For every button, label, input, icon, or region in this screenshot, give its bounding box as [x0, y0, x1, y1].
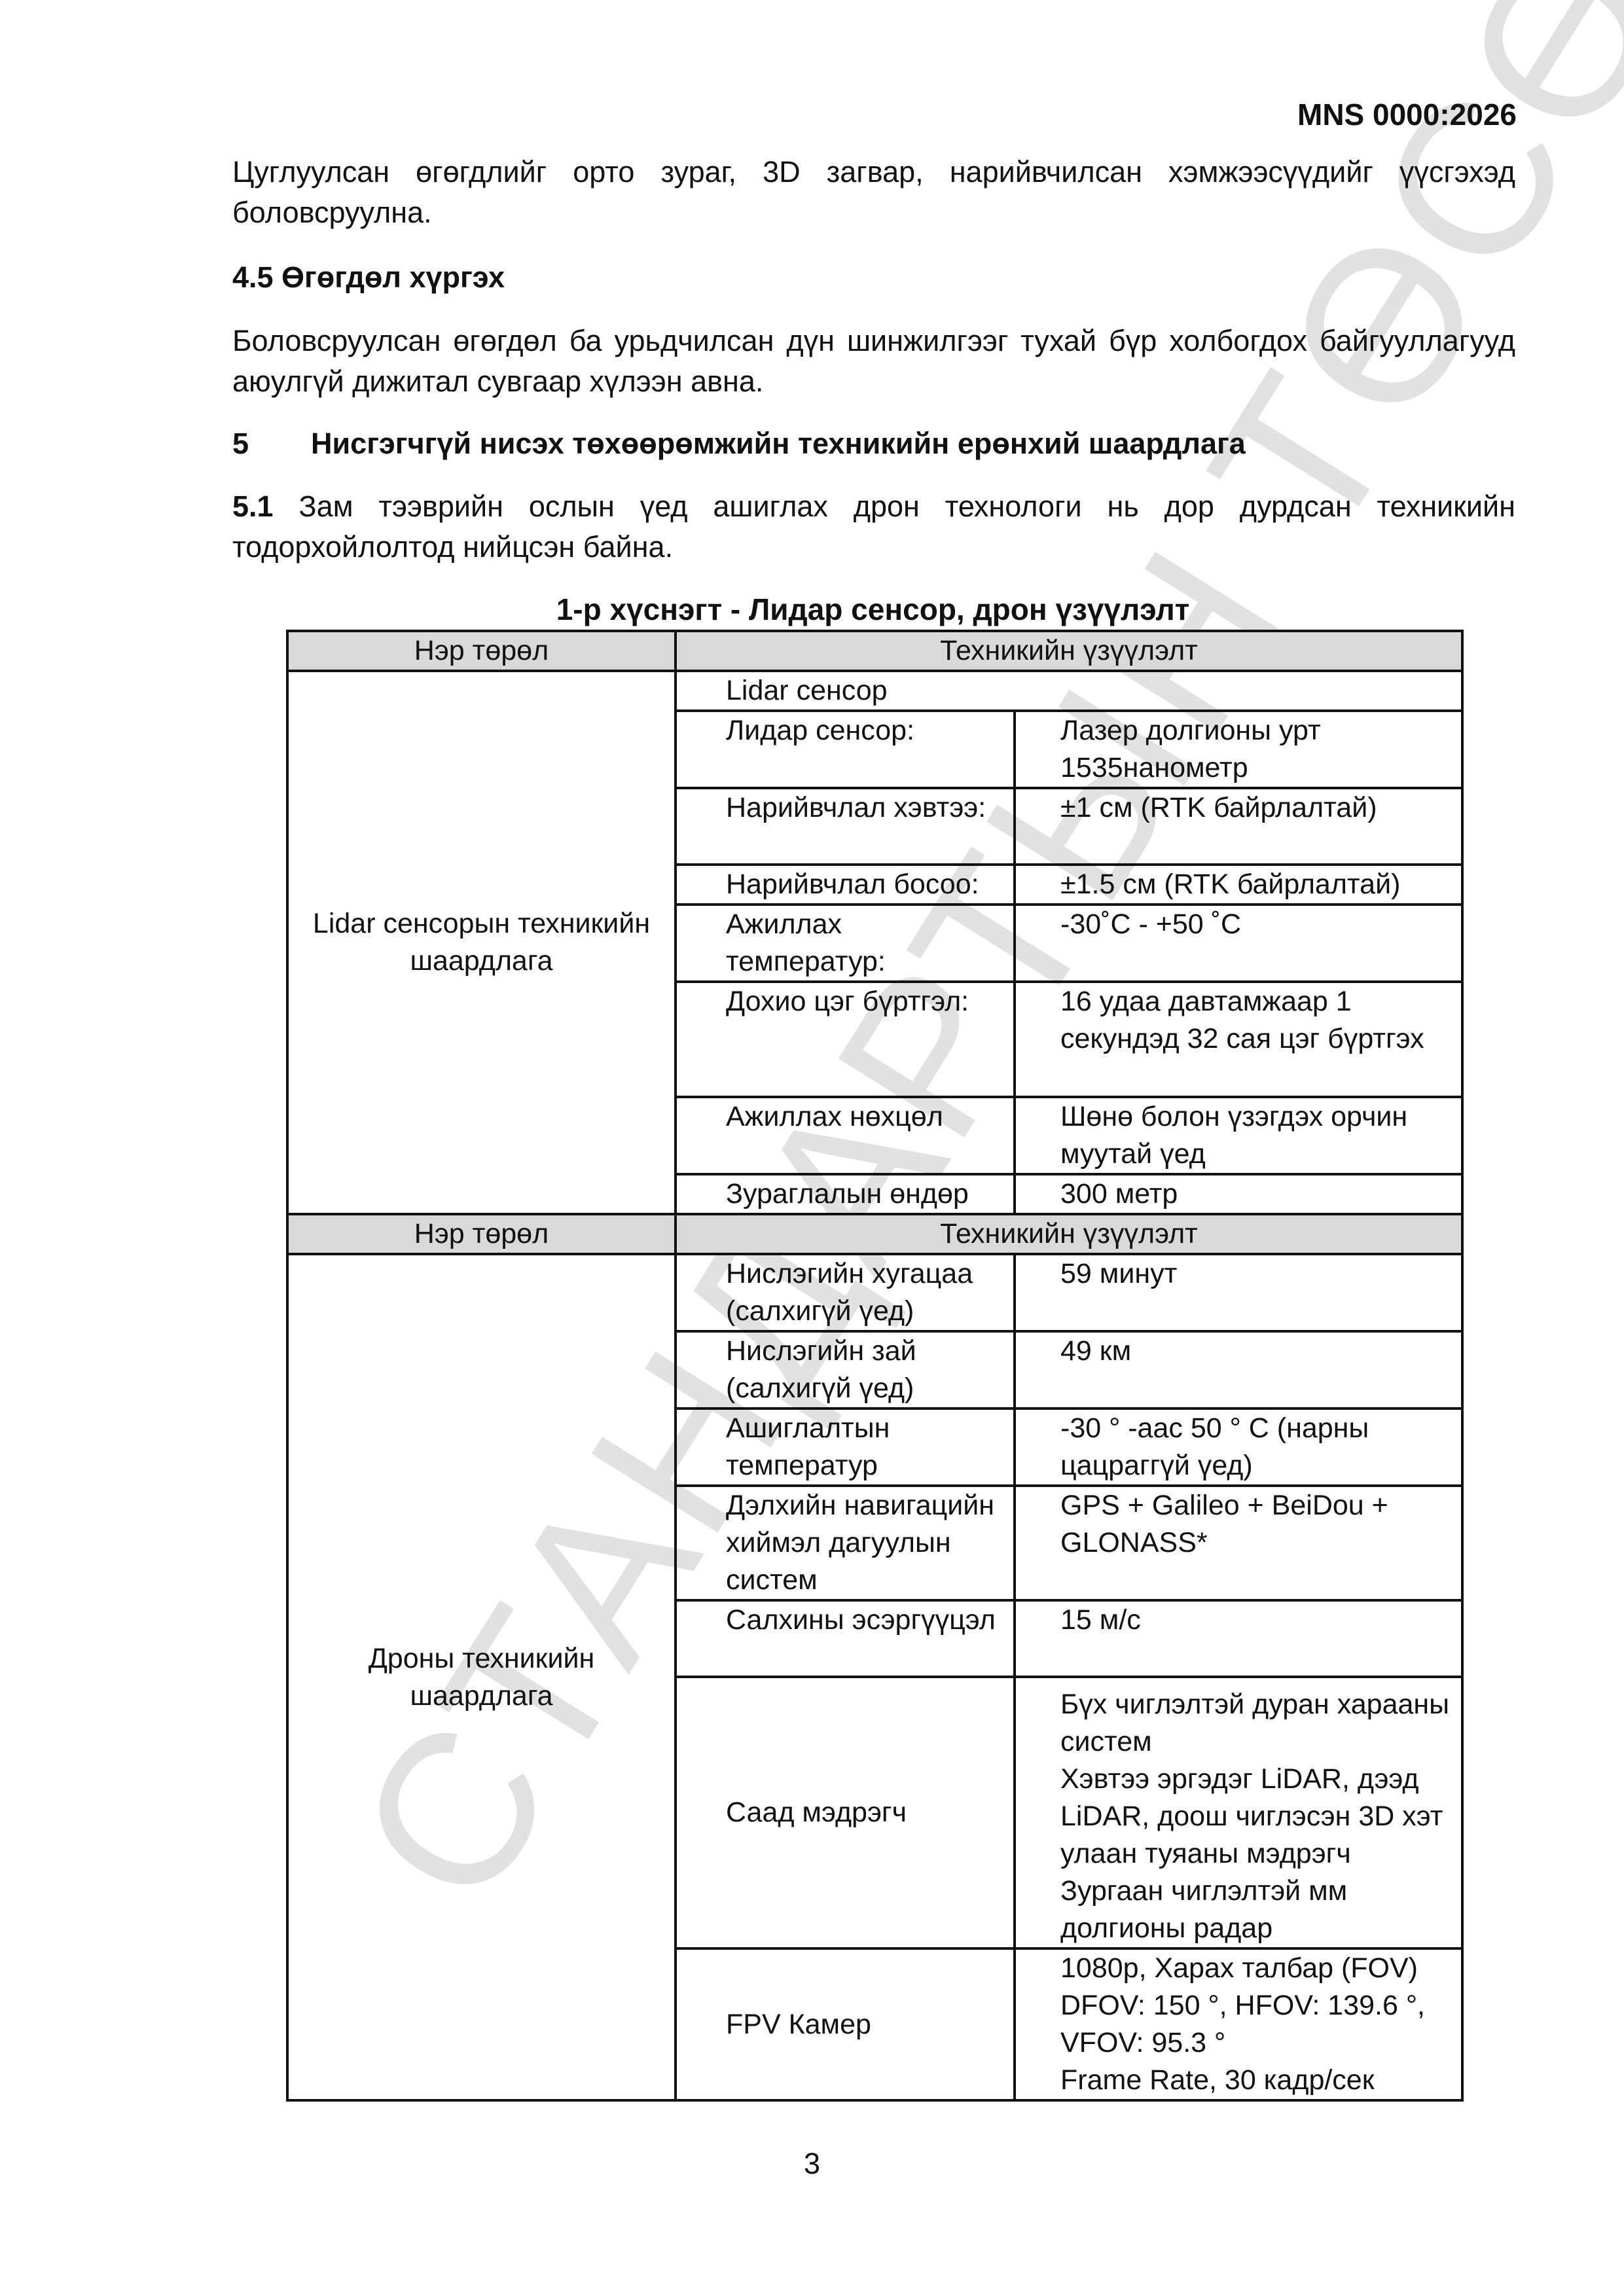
value-line: Бүх чиглэлтэй дуран харааны систем — [1060, 1678, 1454, 1761]
value-cell: ±1.5 см (RTK байрлалтай) — [1015, 865, 1462, 905]
clause-text: Зам тээврийн ослын үед ашиглах дрон техн… — [232, 490, 1515, 564]
value-cell-multiline: Бүх чиглэлтэй дуран харааны систем Хэвтэ… — [1015, 1677, 1462, 1948]
col-header-type: Нэр төрөл — [287, 1214, 676, 1254]
section-5-heading: 5Нисгэгчгүй нисэх төхөөрөмжийн техникийн… — [232, 423, 1246, 464]
clause-number: 5.1 — [232, 490, 274, 523]
page-number: 3 — [0, 2147, 1624, 2181]
value-cell: 16 удаа давтамжаар 1 секундэд 32 сая цэг… — [1015, 982, 1462, 1097]
param-cell: Зураглалын өндөр — [676, 1174, 1015, 1214]
paragraph-processing: Цуглуулсан өгөгдлийг орто зураг, 3D загв… — [232, 152, 1515, 233]
param-cell: Ажиллах температур: — [676, 905, 1015, 982]
param-cell: FPV Камер — [676, 1948, 1015, 2100]
value-cell-multiline: 1080p, Харах талбар (FOV) DFOV: 150 °, H… — [1015, 1948, 1462, 2100]
table-row: Дроны техникийн шаардлага Нислэгийн хуга… — [287, 1254, 1462, 1331]
param-cell: Нарийвчлал хэвтээ: — [676, 788, 1015, 865]
value-line: Зургаан чиглэлтэй мм долгионы радар — [1060, 1873, 1454, 1947]
col-header-spec: Техникийн үзүүлэлт — [676, 1214, 1462, 1254]
group-lidar: Lidar сенсорын техникийн шаардлага — [287, 671, 676, 1214]
section-5-number: 5 — [232, 423, 311, 464]
col-header-type: Нэр төрөл — [287, 631, 676, 671]
value-cell: Лазер долгионы урт 1535нанометр — [1015, 711, 1462, 788]
value-cell: 300 метр — [1015, 1174, 1462, 1214]
param-cell: Ажиллах нөхцөл — [676, 1097, 1015, 1174]
document-page: СТАНДАРТЫН ТӨСӨЛ MNS 0000:2026 Цуглуулса… — [0, 0, 1624, 2296]
table-header-row: Нэр төрөл Техникийн үзүүлэлт — [287, 631, 1462, 671]
section-4-5-heading: 4.5 Өгөгдөл хүргэх — [232, 257, 505, 298]
value-line: Хэвтээ эргэдэг LiDAR, дээд LiDAR, доош ч… — [1060, 1761, 1454, 1873]
table-caption: 1-р хүснэгт - Лидар сенсор, дрон үзүүлэл… — [286, 590, 1460, 628]
paragraph-5-1: 5.1 Зам тээврийн ослын үед ашиглах дрон … — [232, 486, 1515, 567]
value-cell: Шөнө болон үзэгдэх орчин муутай үед — [1015, 1097, 1462, 1174]
param-cell: Ашиглалтын температур — [676, 1408, 1015, 1486]
value-cell: -30˚C - +50 ˚C — [1015, 905, 1462, 982]
table-row: Lidar сенсорын техникийн шаардлага Lidar… — [287, 671, 1462, 711]
value-cell: 49 км — [1015, 1331, 1462, 1408]
param-cell: Салхины эсэргүүцэл — [676, 1600, 1015, 1677]
value-cell: GPS + Galileo + BeiDou + GLONASS* — [1015, 1486, 1462, 1600]
value-line: 1080p, Харах талбар (FOV) DFOV: 150 °, H… — [1060, 1950, 1454, 2062]
spec-table: Нэр төрөл Техникийн үзүүлэлт Lidar сенсо… — [286, 630, 1464, 2102]
lidar-subheader: Lidar сенсор — [676, 671, 1462, 711]
param-cell: Дохио цэг бүртгэл: — [676, 982, 1015, 1097]
table-header-row: Нэр төрөл Техникийн үзүүлэлт — [287, 1214, 1462, 1254]
value-cell: 15 м/с — [1015, 1600, 1462, 1677]
value-cell: 59 минут — [1015, 1254, 1462, 1331]
param-cell: Дэлхийн навигацийн хиймэл дагуулын систе… — [676, 1486, 1015, 1600]
document-code: MNS 0000:2026 — [1297, 97, 1517, 132]
param-cell: Саад мэдрэгч — [676, 1677, 1015, 1948]
section-5-title: Нисгэгчгүй нисэх төхөөрөмжийн техникийн … — [311, 427, 1246, 460]
param-cell: Лидар сенсор: — [676, 711, 1015, 788]
paragraph-delivery: Боловсруулсан өгөгдөл ба урьдчилсан дүн … — [232, 321, 1515, 402]
param-cell: Нислэгийн зай (салхигүй үед) — [676, 1331, 1015, 1408]
value-line: Frame Rate, 30 кадр/сек — [1060, 2062, 1454, 2099]
param-cell: Нислэгийн хугацаа (салхигүй үед) — [676, 1254, 1015, 1331]
col-header-spec: Техникийн үзүүлэлт — [676, 631, 1462, 671]
value-cell: -30 ° -аас 50 ° C (нарны цацраггүй үед) — [1015, 1408, 1462, 1486]
param-cell: Нарийвчлал босоо: — [676, 865, 1015, 905]
group-drone: Дроны техникийн шаардлага — [287, 1254, 676, 2100]
value-cell: ±1 см (RTK байрлалтай) — [1015, 788, 1462, 865]
